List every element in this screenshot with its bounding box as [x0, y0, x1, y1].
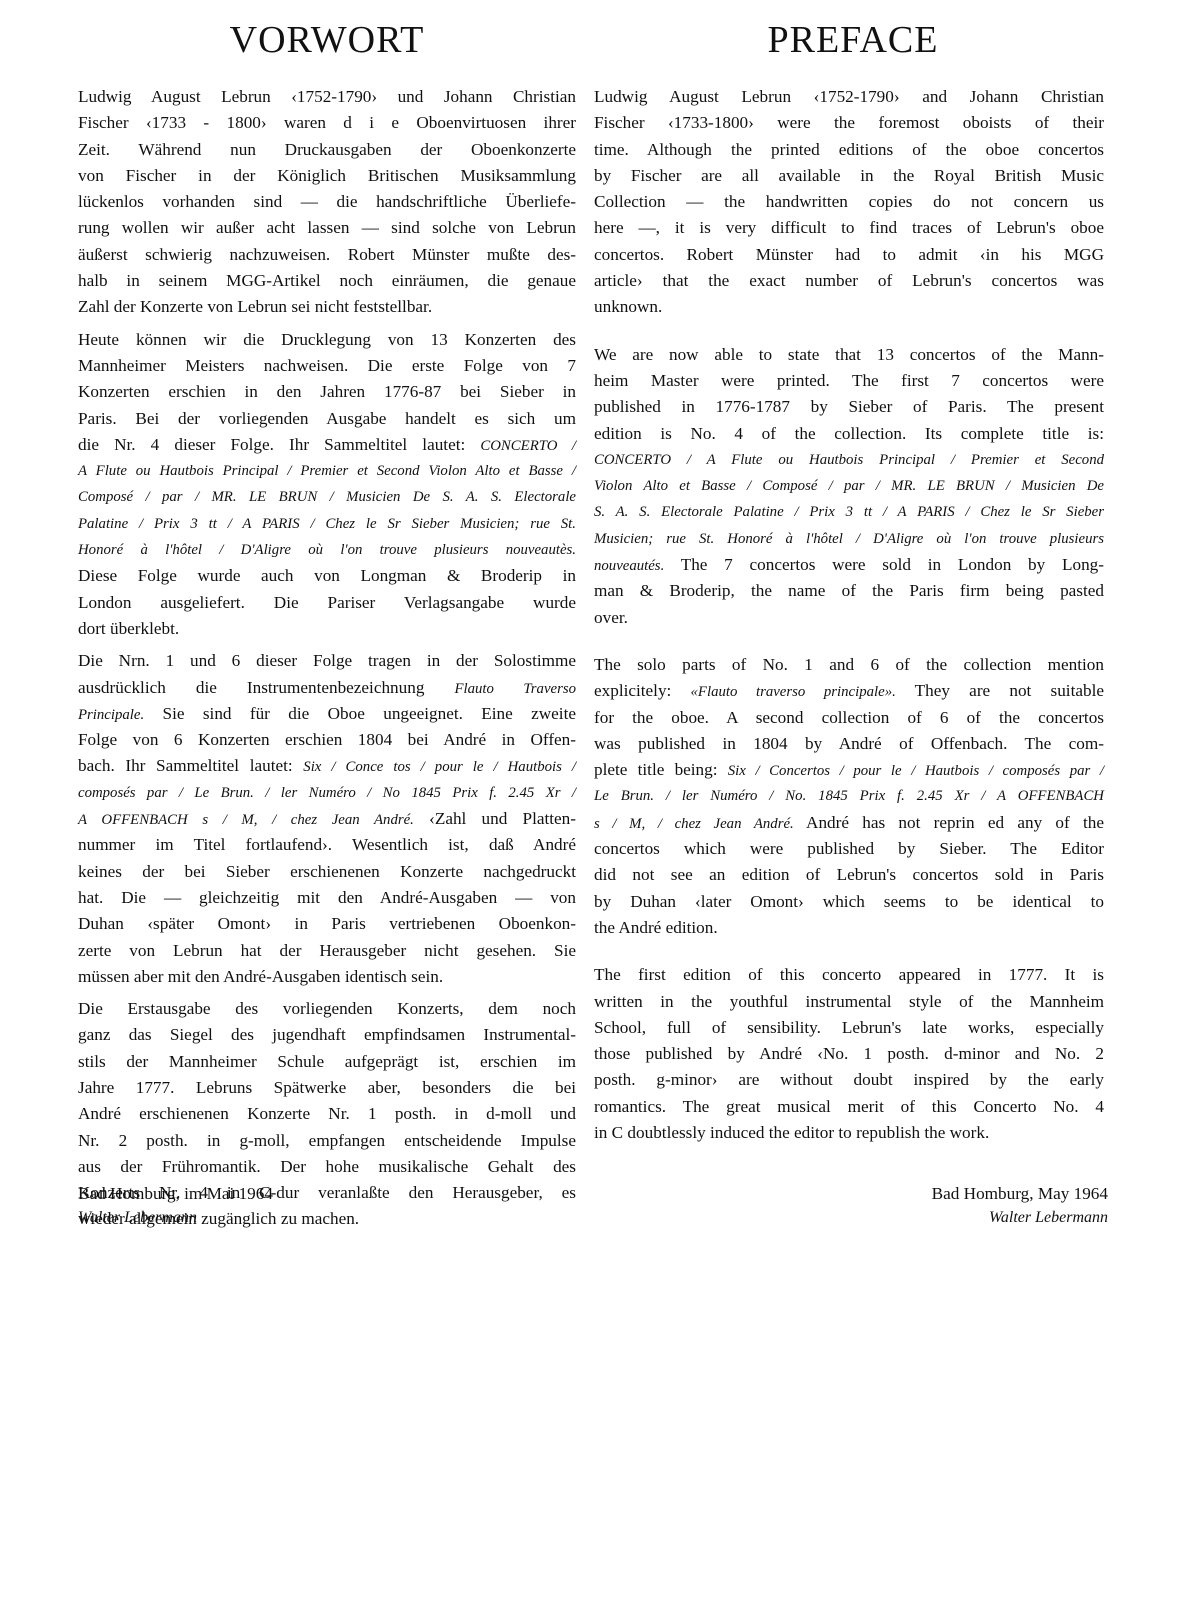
place-date: Bad Homburg, im Mai 1964: [78, 1184, 273, 1203]
text-line: Collection — the handwritten copies do n…: [594, 189, 1104, 215]
text-line: those published by André ‹No. 1 posth. d…: [594, 1041, 1104, 1067]
body-text: keines der bei Sieber erschienenen Konze…: [78, 862, 576, 881]
text-line: Le Brun. / ler Numéro / No. 1845 Prix f.…: [594, 783, 1104, 809]
text-line: did not see an edition of Lebrun's conce…: [594, 862, 1104, 888]
body-text: Ludwig August Lebrun ‹1752-1790› and Joh…: [594, 87, 1104, 106]
text-line: edition is No. 4 of the collection. Its …: [594, 421, 1104, 447]
body-text: The first edition of this concerto appea…: [594, 965, 1104, 984]
body-text: the André edition.: [594, 918, 718, 937]
italic-title-text: s / M, / chez Jean André.: [594, 816, 794, 832]
text-line: Nr. 2 posth. in g-moll, empfangen entsch…: [78, 1128, 576, 1154]
text-line: nummer im Titel fortlaufend›. Wesentlich…: [78, 832, 576, 858]
text-line: S. A. S. Electorale Palatine / Prix 3 tt…: [594, 499, 1104, 525]
text-line: A Flute ou Hautbois Principal / Premier …: [78, 458, 576, 484]
body-text: Sie sind für die Oboe ungeeignet. Eine z…: [144, 704, 576, 723]
author-name: Walter Lebermann: [78, 1209, 273, 1227]
german-heading: VORWORT: [78, 20, 576, 60]
body-text: was published in 1804 by André of Offenb…: [594, 734, 1104, 753]
paragraph: Ludwig August Lebrun ‹1752-1790› und Joh…: [78, 84, 576, 321]
body-text: concertos. Robert Münster had to admit ‹…: [594, 245, 1104, 264]
text-line: müssen aber mit den André-Ausgaben ident…: [78, 964, 576, 990]
italic-title-text: Flauto Traverso: [454, 681, 576, 697]
body-text: did not see an edition of Lebrun's conce…: [594, 865, 1104, 884]
body-text: rung wollen wir außer acht lassen — sind…: [78, 218, 576, 237]
text-line: Heute können wir die Drucklegung von 13 …: [78, 327, 576, 353]
text-line: time. Although the printed editions of t…: [594, 137, 1104, 163]
text-line: explicitely: «Flauto traverso principale…: [594, 678, 1104, 704]
text-line: ganz das Siegel des jugendhaft empfindsa…: [78, 1022, 576, 1048]
body-text: Folge von 6 Konzerten erschien 1804 bei …: [78, 730, 576, 749]
body-text: for the oboe. A second collection of 6 o…: [594, 708, 1104, 727]
body-text: Heute können wir die Drucklegung von 13 …: [78, 330, 576, 349]
body-text: Nr. 2 posth. in g-moll, empfangen entsch…: [78, 1131, 576, 1150]
text-line: lückenlos vorhanden sind — die handschri…: [78, 189, 576, 215]
body-text: Mannheimer Meisters nachweisen. Die erst…: [78, 356, 576, 375]
text-line: Fischer ‹1733-1800› were the foremost ob…: [594, 110, 1104, 136]
place-date: Bad Homburg, May 1964: [932, 1184, 1108, 1203]
paragraph: The first edition of this concerto appea…: [594, 962, 1104, 1146]
text-line: Fischer ‹1733 - 1800› waren d i e Oboenv…: [78, 110, 576, 136]
text-line: composés par / Le Brun. / ler Numéro / N…: [78, 780, 576, 806]
text-line: School, full of sensibility. Lebrun's la…: [594, 1015, 1104, 1041]
body-text: School, full of sensibility. Lebrun's la…: [594, 1018, 1104, 1037]
body-text: edition is No. 4 of the collection. Its …: [594, 424, 1104, 443]
text-line: Paris. Bei der vorliegenden Ausgabe hand…: [78, 406, 576, 432]
text-line: London ausgeliefert. Die Pariser Verlags…: [78, 590, 576, 616]
body-text: man & Broderip, the name of the Paris fi…: [594, 581, 1104, 600]
body-text: those published by André ‹No. 1 posth. d…: [594, 1044, 1104, 1063]
body-text: Paris. Bei der vorliegenden Ausgabe hand…: [78, 409, 576, 428]
english-heading: PREFACE: [603, 20, 1103, 60]
italic-title-text: A OFFENBACH s / M, / chez Jean André.: [78, 812, 414, 828]
text-line: aus der Frühromantik. Der hohe musikalis…: [78, 1154, 576, 1180]
text-line: die Nr. 4 dieser Folge. Ihr Sammeltitel …: [78, 432, 576, 458]
text-line: André erschienenen Konzerte Nr. 1 posth.…: [78, 1101, 576, 1127]
body-text: time. Although the printed editions of t…: [594, 140, 1104, 159]
body-text: André has not reprin ed any of the: [794, 813, 1104, 832]
text-line: plete title being: Six / Concertos / pou…: [594, 757, 1104, 783]
text-line: keines der bei Sieber erschienenen Konze…: [78, 859, 576, 885]
text-line: over.: [594, 605, 1104, 631]
body-text: concertos which were published by Sieber…: [594, 839, 1104, 858]
text-line: written in the youthful instrumental sty…: [594, 989, 1104, 1015]
english-column: Ludwig August Lebrun ‹1752-1790› and Joh…: [594, 84, 1104, 1146]
italic-title-text: Le Brun. / ler Numéro / No. 1845 Prix f.…: [594, 788, 1104, 804]
body-text: Fischer ‹1733-1800› were the foremost ob…: [594, 113, 1104, 132]
text-line: Diese Folge wurde auch von Longman & Bro…: [78, 563, 576, 589]
body-text: heim Master were printed. The first 7 co…: [594, 371, 1104, 390]
body-text: by Duhan ‹later Omont› which seems to be…: [594, 892, 1104, 911]
text-line: the André edition.: [594, 915, 1104, 941]
body-text: by Fischer are all available in the Roya…: [594, 166, 1104, 185]
body-text: nummer im Titel fortlaufend›. Wesentlich…: [78, 835, 576, 854]
body-text: die Nr. 4 dieser Folge. Ihr Sammeltitel …: [78, 435, 480, 454]
body-text: Konzerten erschien in den Jahren 1776-87…: [78, 382, 576, 401]
text-line: Ludwig August Lebrun ‹1752-1790› und Joh…: [78, 84, 576, 110]
italic-title-text: CONCERTO /: [480, 438, 576, 454]
text-line: zerte von Lebrun hat der Herausgeber nic…: [78, 938, 576, 964]
text-line: dort überklebt.: [78, 616, 576, 642]
paragraph: Heute können wir die Drucklegung von 13 …: [78, 327, 576, 643]
paragraph-gap: [594, 631, 1104, 652]
italic-title-text: composés par / Le Brun. / ler Numéro / N…: [78, 785, 576, 801]
text-line: Principale. Sie sind für die Oboe ungeei…: [78, 701, 576, 727]
body-text: Jahre 1777. Lebruns Spätwerke aber, beso…: [78, 1078, 576, 1097]
paragraph-gap: [594, 321, 1104, 342]
body-text: over.: [594, 608, 628, 627]
text-line: man & Broderip, the name of the Paris fi…: [594, 578, 1104, 604]
body-text: halb in seinem MGG-Artikel noch einräume…: [78, 271, 576, 290]
body-text: André erschienenen Konzerte Nr. 1 posth.…: [78, 1104, 576, 1123]
body-text: ausdrücklich die Instrumentenbezeichnung: [78, 678, 454, 697]
text-line: concertos which were published by Sieber…: [594, 836, 1104, 862]
text-line: von Fischer in der Königlich Britischen …: [78, 163, 576, 189]
text-line: Honoré à l'hôtel / D'Aligre où l'on trou…: [78, 537, 576, 563]
italic-title-text: Palatine / Prix 3 tt / A PARIS / Chez le…: [78, 516, 576, 532]
italic-title-text: Principale.: [78, 707, 144, 723]
text-line: concertos. Robert Münster had to admit ‹…: [594, 242, 1104, 268]
text-line: Die Erstausgabe des vorliegenden Konzert…: [78, 996, 576, 1022]
italic-title-text: «Flauto traverso principale».: [691, 684, 896, 700]
text-line: hat. Die — gleichzeitig mit den André-Au…: [78, 885, 576, 911]
text-line: Zeit. Während nun Druckausgaben der Oboe…: [78, 137, 576, 163]
text-line: Musicien; rue St. Honoré à l'hôtel / D'A…: [594, 526, 1104, 552]
text-line: by Fischer are all available in the Roya…: [594, 163, 1104, 189]
text-line: by Duhan ‹later Omont› which seems to be…: [594, 889, 1104, 915]
italic-title-text: Musicien; rue St. Honoré à l'hôtel / D'A…: [594, 531, 1104, 547]
body-text: lückenlos vorhanden sind — die handschri…: [78, 192, 576, 211]
italic-title-text: Violon Alto et Basse / Composé / par / M…: [594, 478, 1104, 494]
body-text: von Fischer in der Königlich Britischen …: [78, 166, 576, 185]
body-text: zerte von Lebrun hat der Herausgeber nic…: [78, 941, 576, 960]
italic-title-text: CONCERTO / A Flute ou Hautbois Principal…: [594, 452, 1104, 468]
text-line: Mannheimer Meisters nachweisen. Die erst…: [78, 353, 576, 379]
paragraph: Die Nrn. 1 und 6 dieser Folge tragen in …: [78, 648, 576, 990]
english-signature: Bad Homburg, May 1964 Walter Lebermann: [932, 1184, 1108, 1227]
body-text: We are now able to state that 13 concert…: [594, 345, 1104, 364]
german-column: Ludwig August Lebrun ‹1752-1790› und Joh…: [78, 84, 576, 1233]
text-line: posth. g-minor› are without doubt inspir…: [594, 1067, 1104, 1093]
text-line: The solo parts of No. 1 and 6 of the col…: [594, 652, 1104, 678]
italic-title-text: Six / Conce tos / pour le / Hautbois /: [303, 759, 576, 775]
body-text: The solo parts of No. 1 and 6 of the col…: [594, 655, 1104, 674]
author-name: Walter Lebermann: [932, 1209, 1108, 1227]
body-text: hat. Die — gleichzeitig mit den André-Au…: [78, 888, 576, 907]
body-text: ‹Zahl und Platten-: [414, 809, 576, 828]
body-text: published in 1776-1787 by Sieber of Pari…: [594, 397, 1104, 416]
body-text: plete title being:: [594, 760, 728, 779]
text-line: We are now able to state that 13 concert…: [594, 342, 1104, 368]
body-text: Zahl der Konzerte von Lebrun sei nicht f…: [78, 297, 432, 316]
body-text: Zeit. Während nun Druckausgaben der Oboe…: [78, 140, 576, 159]
text-line: stils der Mannheimer Schule aufgeprägt i…: [78, 1049, 576, 1075]
text-line: äußerst schwierig nachzuweisen. Robert M…: [78, 242, 576, 268]
body-text: müssen aber mit den André-Ausgaben ident…: [78, 967, 443, 986]
paragraph: Ludwig August Lebrun ‹1752-1790› and Joh…: [594, 84, 1104, 321]
italic-title-text: Composé / par / MR. LE BRUN / Musicien D…: [78, 489, 576, 505]
body-text: bach. Ihr Sammeltitel lautet:: [78, 756, 303, 775]
italic-title-text: nouveautés.: [594, 558, 664, 574]
body-text: posth. g-minor› are without doubt inspir…: [594, 1070, 1104, 1089]
text-line: Violon Alto et Basse / Composé / par / M…: [594, 473, 1104, 499]
text-line: Palatine / Prix 3 tt / A PARIS / Chez le…: [78, 511, 576, 537]
body-text: written in the youthful instrumental sty…: [594, 992, 1104, 1011]
body-text: unknown.: [594, 297, 662, 316]
text-line: published in 1776-1787 by Sieber of Pari…: [594, 394, 1104, 420]
text-line: nouveautés. The 7 concertos were sold in…: [594, 552, 1104, 578]
text-line: was published in 1804 by André of Offenb…: [594, 731, 1104, 757]
body-text: dort überklebt.: [78, 619, 179, 638]
text-line: in C doubtlessly induced the editor to r…: [594, 1120, 1104, 1146]
text-line: Ludwig August Lebrun ‹1752-1790› and Joh…: [594, 84, 1104, 110]
body-text: Duhan ‹später Omont› in Paris vertrieben…: [78, 914, 576, 933]
text-line: article› that the exact number of Lebrun…: [594, 268, 1104, 294]
body-text: article› that the exact number of Lebrun…: [594, 271, 1104, 290]
body-text: äußerst schwierig nachzuweisen. Robert M…: [78, 245, 576, 264]
paragraph-gap: [594, 941, 1104, 962]
body-text: romantics. The great musical merit of th…: [594, 1097, 1104, 1116]
body-text: Collection — the handwritten copies do n…: [594, 192, 1104, 211]
body-text: stils der Mannheimer Schule aufgeprägt i…: [78, 1052, 576, 1071]
body-text: The 7 concertos were sold in London by L…: [664, 555, 1104, 574]
text-line: Folge von 6 Konzerten erschien 1804 bei …: [78, 727, 576, 753]
body-text: in C doubtlessly induced the editor to r…: [594, 1123, 989, 1142]
body-text: London ausgeliefert. Die Pariser Verlags…: [78, 593, 576, 612]
italic-title-text: Honoré à l'hôtel / D'Aligre où l'on trou…: [78, 542, 576, 558]
text-line: Composé / par / MR. LE BRUN / Musicien D…: [78, 484, 576, 510]
text-line: s / M, / chez Jean André. André has not …: [594, 810, 1104, 836]
text-line: ausdrücklich die Instrumentenbezeichnung…: [78, 675, 576, 701]
text-line: Duhan ‹später Omont› in Paris vertrieben…: [78, 911, 576, 937]
paragraph: The solo parts of No. 1 and 6 of the col…: [594, 652, 1104, 941]
body-text: They are not suitable: [896, 681, 1104, 700]
body-text: Ludwig August Lebrun ‹1752-1790› und Joh…: [78, 87, 576, 106]
body-text: Die Erstausgabe des vorliegenden Konzert…: [78, 999, 576, 1018]
body-text: here —, it is very difficult to find tra…: [594, 218, 1104, 237]
italic-title-text: A Flute ou Hautbois Principal / Premier …: [78, 463, 576, 479]
text-line: A OFFENBACH s / M, / chez Jean André. ‹Z…: [78, 806, 576, 832]
text-line: rung wollen wir außer acht lassen — sind…: [78, 215, 576, 241]
body-text: aus der Frühromantik. Der hohe musikalis…: [78, 1157, 576, 1176]
text-line: Die Nrn. 1 und 6 dieser Folge tragen in …: [78, 648, 576, 674]
text-line: Konzerten erschien in den Jahren 1776-87…: [78, 379, 576, 405]
text-line: halb in seinem MGG-Artikel noch einräume…: [78, 268, 576, 294]
body-text: Die Nrn. 1 und 6 dieser Folge tragen in …: [78, 651, 576, 670]
body-text: explicitely:: [594, 681, 691, 700]
body-text: ganz das Siegel des jugendhaft empfindsa…: [78, 1025, 576, 1044]
italic-title-text: S. A. S. Electorale Palatine / Prix 3 tt…: [594, 504, 1104, 520]
text-line: The first edition of this concerto appea…: [594, 962, 1104, 988]
text-line: romantics. The great musical merit of th…: [594, 1094, 1104, 1120]
italic-title-text: Six / Concertos / pour le / Hautbois / c…: [728, 763, 1104, 779]
text-line: for the oboe. A second collection of 6 o…: [594, 705, 1104, 731]
body-text: Fischer ‹1733 - 1800› waren d i e Oboenv…: [78, 113, 576, 132]
paragraph: We are now able to state that 13 concert…: [594, 342, 1104, 631]
text-line: here —, it is very difficult to find tra…: [594, 215, 1104, 241]
text-line: Jahre 1777. Lebruns Spätwerke aber, beso…: [78, 1075, 576, 1101]
text-line: bach. Ihr Sammeltitel lautet: Six / Conc…: [78, 753, 576, 779]
text-line: CONCERTO / A Flute ou Hautbois Principal…: [594, 447, 1104, 473]
body-text: Diese Folge wurde auch von Longman & Bro…: [78, 566, 576, 585]
text-line: Zahl der Konzerte von Lebrun sei nicht f…: [78, 294, 576, 320]
text-line: heim Master were printed. The first 7 co…: [594, 368, 1104, 394]
german-signature: Bad Homburg, im Mai 1964 Walter Leberman…: [78, 1184, 273, 1227]
text-line: unknown.: [594, 294, 1104, 320]
